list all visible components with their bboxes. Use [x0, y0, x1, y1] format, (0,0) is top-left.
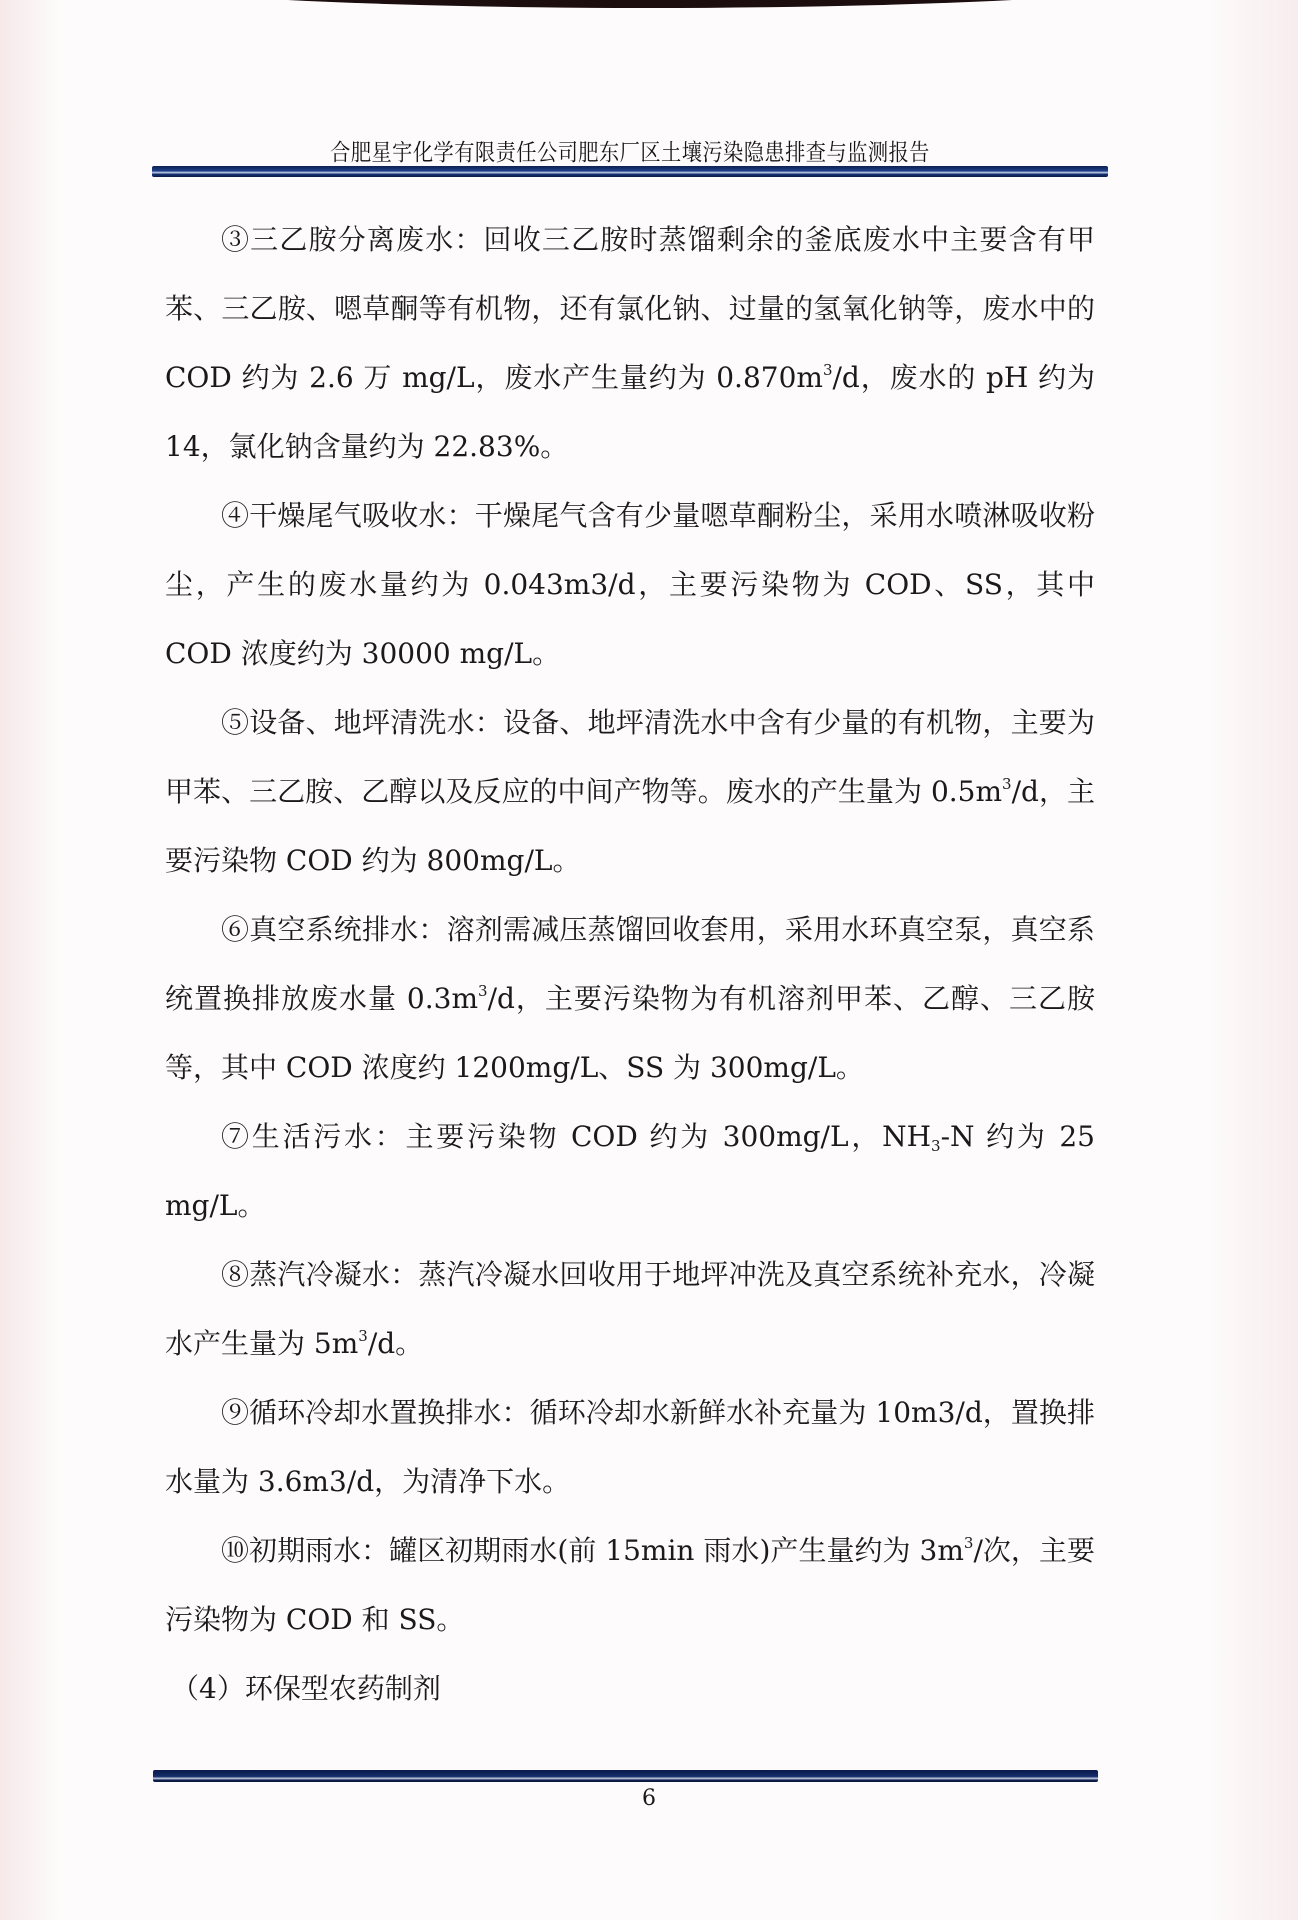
- para-text: ⑩初期雨水：罐区初期雨水(前 15min 雨水)产生量约为 3m: [221, 1534, 964, 1567]
- para-text: /d。: [368, 1327, 423, 1360]
- para-text: ⑤设备、地坪清洗水：设备、地坪清洗水中含有少量的有机物，主要为甲苯、三乙胺、乙醇…: [165, 706, 1095, 808]
- footer-rule: [153, 1770, 1098, 1782]
- section-heading: （4）环保型农药制剂: [171, 1654, 1095, 1723]
- superscript: 3: [1002, 775, 1012, 793]
- page-number: 6: [0, 1786, 1298, 1811]
- paragraph-drying-exhaust-water: ④干燥尾气吸收水：干燥尾气含有少量嗯草酮粉尘，采用水喷淋吸收粉尘，产生的废水量约…: [165, 481, 1095, 688]
- para-text: ④干燥尾气吸收水：干燥尾气含有少量嗯草酮粉尘，采用水喷淋吸收粉尘，产生的废水量约…: [165, 499, 1095, 670]
- subscript: 3: [931, 1137, 941, 1155]
- superscript: 3: [358, 1327, 368, 1345]
- running-header-title: 合肥星宇化学有限责任公司肥东厂区土壤污染隐患排查与监测报告: [209, 134, 1050, 167]
- superscript: 3: [964, 1534, 974, 1552]
- paragraph-cooling-water-discharge: ⑨循环冷却水置换排水：循环冷却水新鲜水补充量为 10m3/d，置换排水量为 3.…: [165, 1378, 1095, 1516]
- paragraph-vacuum-system-drain: ⑥真空系统排水：溶剂需减压蒸馏回收套用，采用水环真空泵，真空系统置换排放废水量 …: [165, 895, 1095, 1102]
- document-page: 合肥星宇化学有限责任公司肥东厂区土壤污染隐患排查与监测报告 ③三乙胺分离废水：回…: [0, 0, 1298, 1920]
- paragraph-equipment-floor-wash: ⑤设备、地坪清洗水：设备、地坪清洗水中含有少量的有机物，主要为甲苯、三乙胺、乙醇…: [165, 688, 1095, 895]
- para-text: ⑨循环冷却水置换排水：循环冷却水新鲜水补充量为 10m3/d，置换排水量为 3.…: [165, 1396, 1095, 1498]
- paragraph-initial-rainwater: ⑩初期雨水：罐区初期雨水(前 15min 雨水)产生量约为 3m3/次，主要污染…: [165, 1516, 1095, 1654]
- paragraph-steam-condensate: ⑧蒸汽冷凝水：蒸汽冷凝水回收用于地坪冲洗及真空系统补充水，冷凝水产生量为 5m3…: [165, 1240, 1095, 1378]
- para-text: ⑦生活污水：主要污染物 COD 约为 300mg/L，NH: [221, 1120, 931, 1153]
- body-content: ③三乙胺分离废水：回收三乙胺时蒸馏剩余的釜底废水中主要含有甲苯、三乙胺、嗯草酮等…: [165, 205, 1095, 1723]
- paragraph-triethylamine-wastewater: ③三乙胺分离废水：回收三乙胺时蒸馏剩余的釜底废水中主要含有甲苯、三乙胺、嗯草酮等…: [165, 205, 1095, 481]
- superscript: 3: [478, 982, 488, 1000]
- header-rule: [152, 166, 1108, 177]
- paragraph-domestic-sewage: ⑦生活污水：主要污染物 COD 约为 300mg/L，NH3-N 约为 25 m…: [165, 1102, 1095, 1240]
- para-text: ⑧蒸汽冷凝水：蒸汽冷凝水回收用于地坪冲洗及真空系统补充水，冷凝水产生量为 5m: [165, 1258, 1095, 1360]
